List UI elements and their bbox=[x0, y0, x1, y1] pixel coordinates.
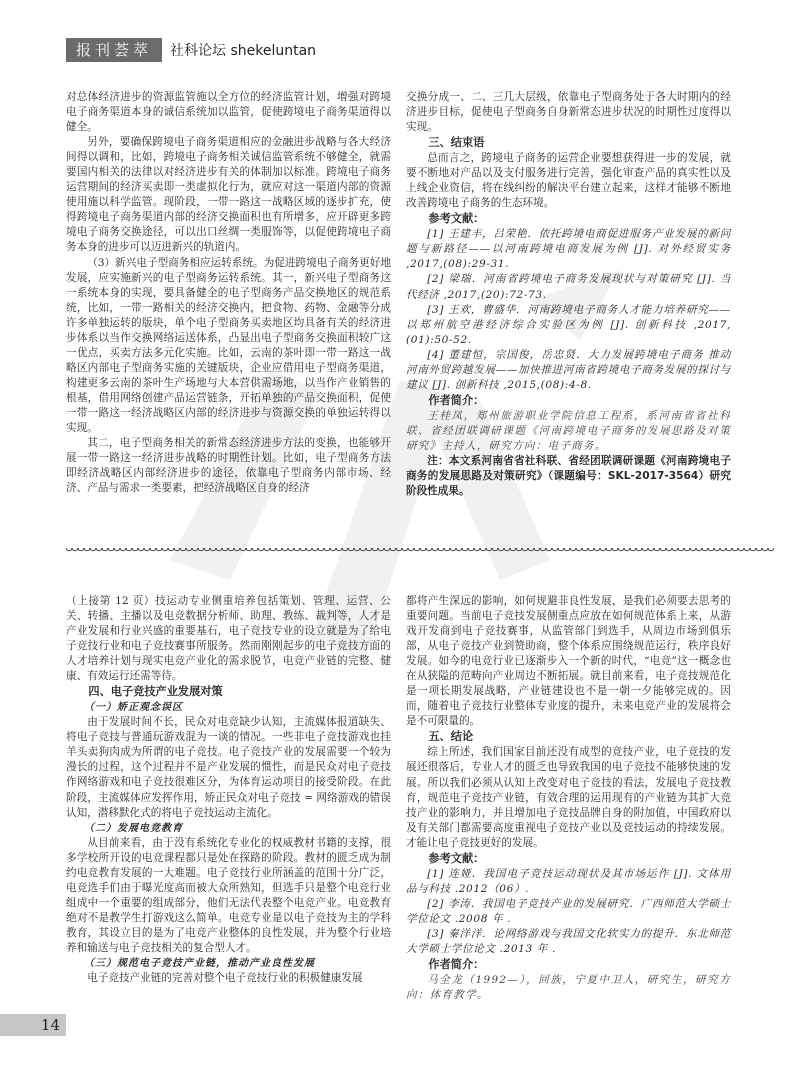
paragraph: 对总体经济进步的资源监管施以全方位的经济监管计划，增强对跨境电子商务渠道本身的诚… bbox=[66, 90, 391, 135]
paragraph: 交换分成一、二、三几大层级，依靠电子型商务处于各大时期内的经济进步目标，促使电子… bbox=[406, 90, 731, 135]
subsection-heading: （二）发展电竞教育 bbox=[66, 821, 391, 836]
references-heading: 参考文献： bbox=[406, 211, 731, 227]
author-bio: 马全龙（1992—），回族，宁夏中卫人，研究生，研究方向：体育教学。 bbox=[406, 973, 731, 1003]
column-title: 社科论坛 shekeluntan bbox=[170, 40, 316, 60]
paragraph: 都将产生深远的影响，如何规避非良性发展，是我们必须要去思考的重要问题。当前电子竞… bbox=[406, 594, 731, 729]
paragraph: 其二，电子型商务相关的新常态经济进步方法的变换，也能够开展一带一路这一经济进步战… bbox=[66, 436, 391, 496]
author-heading: 作者简介： bbox=[406, 957, 731, 973]
paragraph: （上接第 12 页）技运动专业侧重培养包括策划、管理、运营、公关、转播、主播以及… bbox=[66, 594, 391, 684]
journal-header: 报刊荟萃 社科论坛 shekeluntan bbox=[66, 38, 316, 62]
reference-item: [2] 李涛．我国电子竞技产业的发展研究．广西师范大学硕士学位论文 .2008 … bbox=[406, 897, 731, 927]
reference-item: [1] 连娅．我国电子竞技运动现状及其市场运作 [J]. 文体用品与科技 .20… bbox=[406, 867, 731, 897]
section-heading: 四、电子竞技产业发展对策 bbox=[66, 684, 391, 700]
section-heading: 五、结论 bbox=[406, 729, 731, 745]
reference-item: [4] 董建恒，宗国俊，岳忠贤．大力发展跨境电子商务 推动河南外贸跨越发展——加… bbox=[406, 348, 731, 393]
reference-item: [3] 王欢，曹盛华．河南跨境电子商务人才能力培养研究——以郑州航空港经济综合实… bbox=[406, 303, 731, 348]
bottom-right-column: 都将产生深远的影响，如何规避非良性发展，是我们必须要去思考的重要问题。当前电子竞… bbox=[406, 594, 731, 1003]
paragraph: 从目前来看，由于没有系统化专业化的权威教材书籍的支撑，很多学校所开设的电竞课程都… bbox=[66, 836, 391, 956]
page-number: 14 bbox=[0, 1014, 66, 1036]
references-heading: 参考文献： bbox=[406, 851, 731, 867]
funding-note: 注：本文系河南省省社科联、省经团联调研课题《河南跨境电子商务的发展思路及对策研究… bbox=[406, 454, 731, 499]
paragraph: （3）新兴电子型商务相应运转系统。为促进跨境电子商务更好地发展，应实施新兴的电子… bbox=[66, 256, 391, 437]
article-divider bbox=[66, 548, 774, 554]
paragraph: 电子竞技产业链的完善对整个电子竞技行业的积极健康发展 bbox=[66, 971, 391, 986]
section-badge: 报刊荟萃 bbox=[66, 38, 162, 62]
bottom-left-column: （上接第 12 页）技运动专业侧重培养包括策划、管理、运营、公关、转播、主播以及… bbox=[66, 594, 391, 986]
top-left-column: 对总体经济进步的资源监管施以全方位的经济监管计划，增强对跨境电子商务渠道本身的诚… bbox=[66, 90, 391, 496]
reference-item: [1] 王建丰，吕荣艳．依托跨境电商促进服务产业发展的新问题与新路径——以河南跨… bbox=[406, 227, 731, 272]
author-heading: 作者简介： bbox=[406, 393, 731, 409]
paragraph: 总而言之，跨境电子商务的运营企业要想获得进一步的发展，就要不断地对产品以及支付服… bbox=[406, 151, 731, 211]
reference-item: [3] 秦洋洋．论网络游戏与我国文化软实力的提升．东北师范大学硕士学位论文 .2… bbox=[406, 927, 731, 957]
author-bio: 王桂凤，郑州旅游职业学院信息工程系，系河南省省社科联、省经团联调研课题《河南跨境… bbox=[406, 409, 731, 454]
top-right-column: 交换分成一、二、三几大层级，依靠电子型商务处于各大时期内的经济进步目标，促使电子… bbox=[406, 90, 731, 499]
paragraph: 另外，要确保跨境电子商务渠道相应的金融进步战略与各大经济间得以调和，比如，跨境电… bbox=[66, 135, 391, 255]
section-heading: 三、结束语 bbox=[406, 135, 731, 151]
paragraph: 综上所述，我们国家目前还没有成型的竞技产业，电子竞技的发展还很落后，专业人才的匮… bbox=[406, 745, 731, 850]
subsection-heading: （一）矫正观念误区 bbox=[66, 700, 391, 715]
reference-item: [2] 梁瑞．河南省跨境电子商务发展现状与对策研究 [J]. 当代经济 ,201… bbox=[406, 272, 731, 302]
paragraph: 由于发展时间不长，民众对电竞缺少认知，主流媒体报道缺失、将电子竞技与普通玩游戏混… bbox=[66, 715, 391, 820]
subsection-heading: （三）规范电子竞技产业链，推动产业良性发展 bbox=[66, 956, 391, 971]
